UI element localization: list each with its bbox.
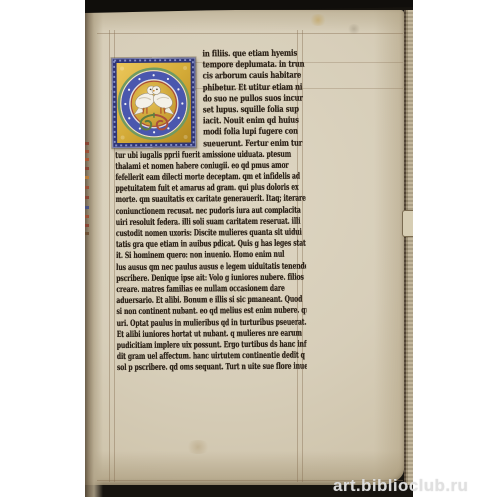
text-line: set lupus. squille folia sup	[203, 105, 285, 117]
text-line: do suo ne pullos suos incur	[203, 93, 285, 105]
text-line: tempore deplumata. in trun	[203, 60, 285, 72]
manuscript-text: in filiis. que etiam hyemistempore deplu…	[114, 49, 307, 380]
text-line: sol p pscribere. qd oms sequant. Turt n …	[117, 362, 254, 374]
manuscript-photo: in filiis. que etiam hyemistempore deplu…	[85, 0, 413, 497]
text-line: iacit. Nouit enim qd huius	[203, 116, 285, 128]
text-line: modi folia lupi fugere con	[203, 127, 285, 139]
text-line: phibetur. Et utitur etiam ni	[203, 82, 285, 94]
text-line: cis arborum cauis habitare	[203, 71, 285, 83]
text-line: in filiis. que etiam hyemis	[202, 49, 284, 61]
text-line: sueuerunt. Fertur enim tur	[203, 138, 285, 150]
watermark-text: art.biblioclub.ru	[333, 476, 468, 496]
